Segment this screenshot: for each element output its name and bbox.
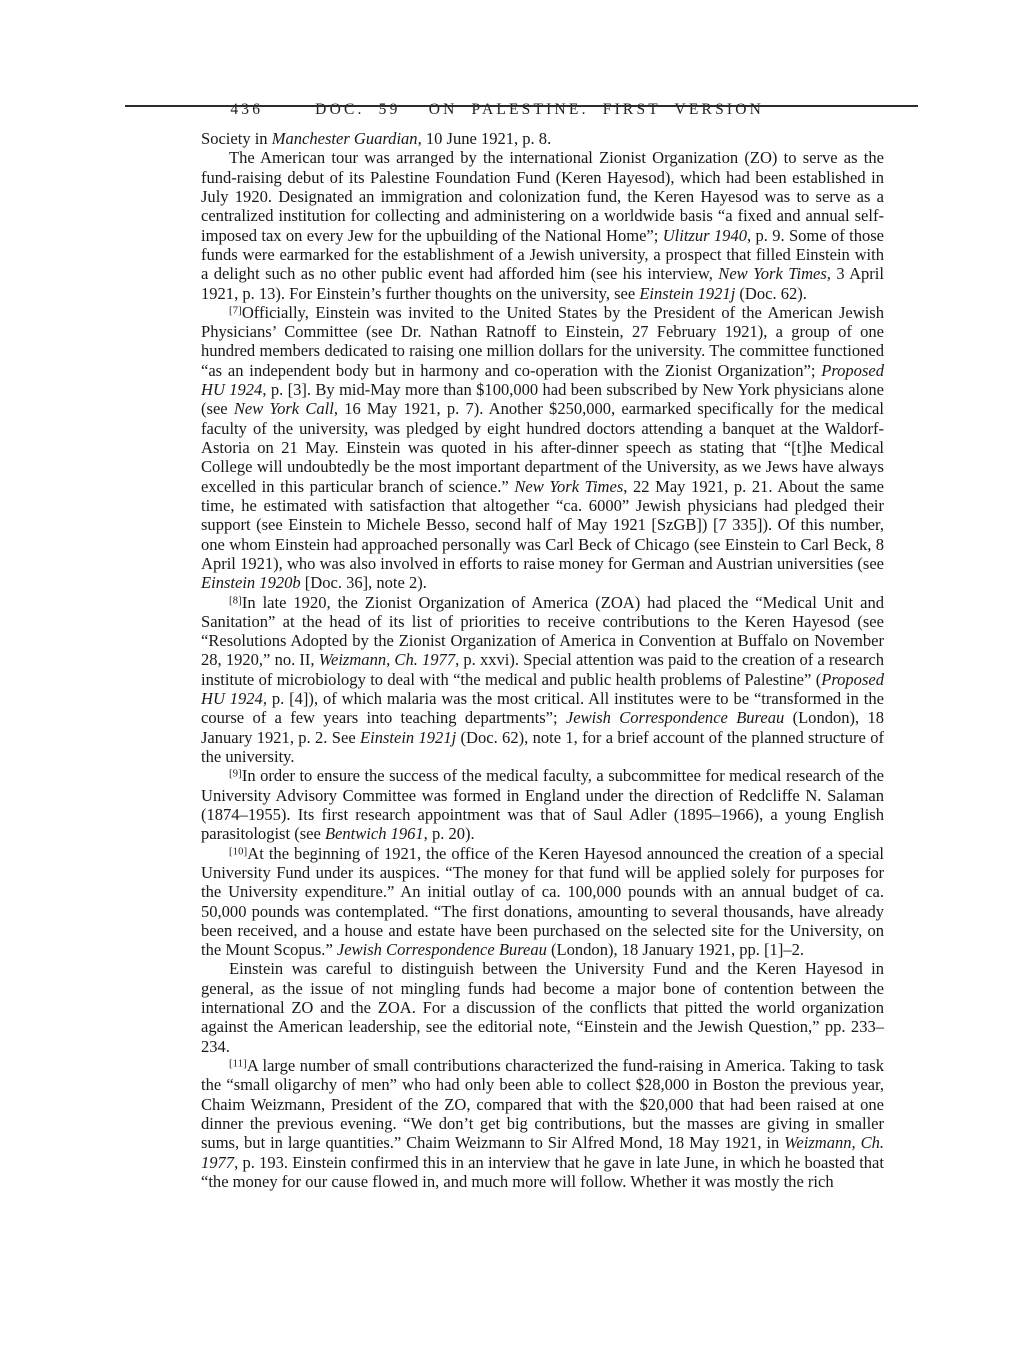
italic-text: New York Call: [234, 399, 334, 418]
footnote-marker: [10]: [229, 846, 247, 857]
footnote-marker: [11]: [229, 1059, 247, 1070]
paragraph: Einstein was careful to distinguish betw…: [201, 959, 884, 1056]
text-run: [Doc. 36], note 2).: [301, 573, 427, 592]
text-block: Society in Manchester Guardian, 10 June …: [201, 129, 884, 1191]
italic-text: Jewish Correspondence Bureau: [566, 708, 784, 727]
paragraph: [11]A large number of small contribution…: [201, 1056, 884, 1191]
header-rule: [125, 105, 918, 107]
text-run: Einstein was careful to distinguish betw…: [201, 959, 884, 1055]
text-run: Officially, Einstein was invited to the …: [201, 303, 884, 380]
text-run: , p. 193. Einstein confirmed this in an …: [201, 1153, 884, 1191]
text-run: (Doc. 62).: [735, 284, 807, 303]
paragraph: [10]At the beginning of 1921, the office…: [201, 844, 884, 960]
text-run: A large number of small contributions ch…: [201, 1056, 884, 1152]
italic-text: Bentwich 1961: [325, 824, 424, 843]
paragraph: [8]In late 1920, the Zionist Organizatio…: [201, 593, 884, 767]
footnote-marker: [8]: [229, 595, 242, 606]
text-run: , 10 June 1921, p. 8.: [418, 129, 552, 148]
text-run: In order to ensure the success of the me…: [201, 766, 884, 843]
book-page: 436DOC. 59 ON PALESTINE. FIRST VERSION S…: [0, 0, 1020, 1361]
paragraph: The American tour was arranged by the in…: [201, 148, 884, 303]
italic-text: Manchester Guardian: [272, 129, 418, 148]
text-run: (London), 18 January 1921, pp. [1]–2.: [547, 940, 804, 959]
italic-text: Einstein 1920b: [201, 573, 301, 592]
italic-text: Weizmann, Ch. 1977: [319, 650, 455, 669]
footnote-marker: [7]: [229, 305, 242, 316]
paragraph: [9]In order to ensure the success of the…: [201, 766, 884, 843]
italic-text: Einstein 1921j: [360, 728, 456, 747]
footnote-marker: [9]: [229, 769, 242, 780]
text-run: , p. 20).: [424, 824, 475, 843]
italic-text: Ulitzur 1940: [663, 226, 747, 245]
paragraph: Society in Manchester Guardian, 10 June …: [201, 129, 884, 148]
italic-text: New York Times: [514, 477, 623, 496]
italic-text: Jewish Correspondence Bureau: [337, 940, 547, 959]
paragraph: [7]Officially, Einstein was invited to t…: [201, 303, 884, 593]
running-title: DOC. 59 ON PALESTINE. FIRST VERSION: [315, 101, 764, 119]
text-run: Society in: [201, 129, 272, 148]
page-number: 436: [230, 101, 263, 118]
italic-text: Einstein 1921j: [639, 284, 735, 303]
italic-text: New York Times: [718, 264, 827, 283]
